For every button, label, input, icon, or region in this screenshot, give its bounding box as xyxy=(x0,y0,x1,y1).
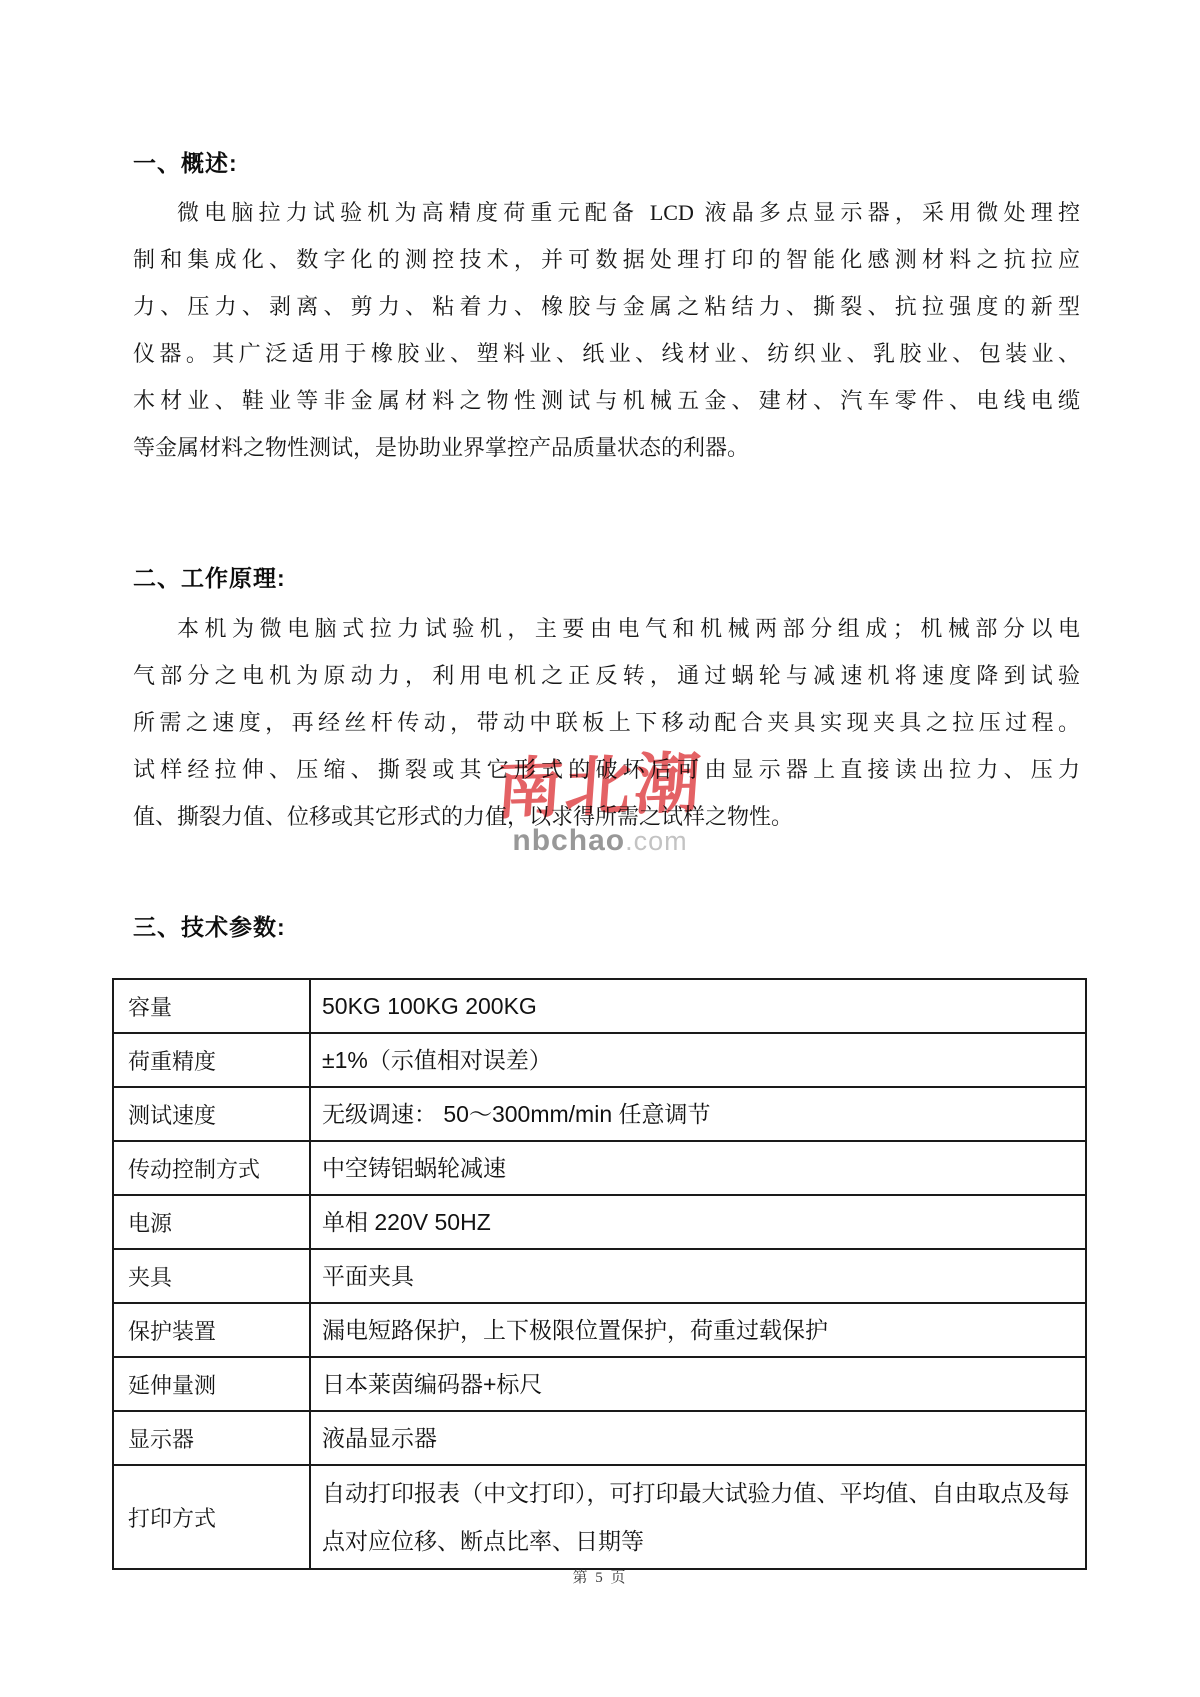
spec-table-row: 容量50KG 100KG 200KG xyxy=(113,979,1086,1033)
spec-parameter-label: 夹具 xyxy=(113,1249,310,1303)
spec-parameter-label: 传动控制方式 xyxy=(113,1141,310,1195)
spec-table-row: 测试速度无级调速： 50～300mm/min 任意调节 xyxy=(113,1087,1086,1141)
paragraph-line: 木材业、鞋业等非金属材料之物性测试与机械五金、建材、汽车零件、电线电缆 xyxy=(133,377,1080,424)
paragraph-line: 等金属材料之物性测试，是协助业界掌控产品质量状态的利器。 xyxy=(133,424,1080,471)
section-heading-overview: 一、概述: xyxy=(133,148,1080,178)
spec-table: 容量50KG 100KG 200KG荷重精度±1%（示值相对误差）测试速度无级调… xyxy=(112,978,1087,1570)
spec-table-row: 夹具平面夹具 xyxy=(113,1249,1086,1303)
section-heading-working-principle: 二、工作原理: xyxy=(133,563,1080,593)
document-page: 一、概述: 微电脑拉力试验机为高精度荷重元配备 LCD 液晶多点显示器，采用微处… xyxy=(0,0,1200,1697)
overview-paragraph: 微电脑拉力试验机为高精度荷重元配备 LCD 液晶多点显示器，采用微处理控制和集成… xyxy=(133,189,1080,471)
spec-parameter-value: 中空铸铝蜗轮减速 xyxy=(310,1141,1086,1195)
paragraph-line: 所需之速度，再经丝杆传动，带动中联板上下移动配合夹具实现夹具之拉压过程。 xyxy=(133,699,1080,746)
working-principle-paragraph: 本机为微电脑式拉力试验机，主要由电气和机械两部分组成；机械部分以电气部分之电机为… xyxy=(133,605,1080,840)
paragraph-line: 制和集成化、数字化的测控技术，并可数据处理打印的智能化感测材料之抗拉应 xyxy=(133,236,1080,283)
spec-parameter-label: 延伸量测 xyxy=(113,1357,310,1411)
spec-table-row: 传动控制方式中空铸铝蜗轮减速 xyxy=(113,1141,1086,1195)
spec-parameter-label: 测试速度 xyxy=(113,1087,310,1141)
spec-parameter-value: 单相 220V 50HZ xyxy=(310,1195,1086,1249)
spec-table-row: 荷重精度±1%（示值相对误差） xyxy=(113,1033,1086,1087)
spec-parameter-label: 显示器 xyxy=(113,1411,310,1465)
paragraph-line: 力、压力、剥离、剪力、粘着力、橡胶与金属之粘结力、撕裂、抗拉强度的新型 xyxy=(133,283,1080,330)
paragraph-line: 仪器。其广泛适用于橡胶业、塑料业、纸业、线材业、纺织业、乳胶业、包装业、 xyxy=(133,330,1080,377)
spec-parameter-label: 打印方式 xyxy=(113,1465,310,1569)
spec-parameter-value: 日本莱茵编码器+标尺 xyxy=(310,1357,1086,1411)
spec-parameter-value: 液晶显示器 xyxy=(310,1411,1086,1465)
spec-parameter-label: 电源 xyxy=(113,1195,310,1249)
spec-parameter-value: 漏电短路保护，上下极限位置保护，荷重过载保护 xyxy=(310,1303,1086,1357)
spec-table-body: 容量50KG 100KG 200KG荷重精度±1%（示值相对误差）测试速度无级调… xyxy=(113,979,1086,1569)
spec-table-row: 电源单相 220V 50HZ xyxy=(113,1195,1086,1249)
spec-parameter-label: 保护装置 xyxy=(113,1303,310,1357)
paragraph-line: 本机为微电脑式拉力试验机，主要由电气和机械两部分组成；机械部分以电 xyxy=(133,605,1080,652)
spec-parameter-value: 无级调速： 50～300mm/min 任意调节 xyxy=(310,1087,1086,1141)
paragraph-line: 微电脑拉力试验机为高精度荷重元配备 LCD 液晶多点显示器，采用微处理控 xyxy=(133,189,1080,236)
spec-table-row: 保护装置漏电短路保护，上下极限位置保护，荷重过载保护 xyxy=(113,1303,1086,1357)
spec-parameter-value: ±1%（示值相对误差） xyxy=(310,1033,1086,1087)
spec-parameter-label: 荷重精度 xyxy=(113,1033,310,1087)
page-number-label: 第 5 页 xyxy=(572,1570,627,1586)
spec-parameter-value: 自动打印报表（中文打印），可打印最大试验力值、平均值、自由取点及每点对应位移、断… xyxy=(310,1465,1086,1569)
paragraph-line: 气部分之电机为原动力，利用电机之正反转，通过蜗轮与减速机将速度降到试验 xyxy=(133,652,1080,699)
spec-table-row: 延伸量测日本莱茵编码器+标尺 xyxy=(113,1357,1086,1411)
paragraph-line: 值、撕裂力值、位移或其它形式的力值，以求得所需之试样之物性。 xyxy=(133,793,1080,840)
spec-table-row: 显示器液晶显示器 xyxy=(113,1411,1086,1465)
spec-parameter-label: 容量 xyxy=(113,979,310,1033)
paragraph-line: 试样经拉伸、压缩、撕裂或其它形式的破坏后可由显示器上直接读出拉力、压力 xyxy=(133,746,1080,793)
spec-table-row: 打印方式自动打印报表（中文打印），可打印最大试验力值、平均值、自由取点及每点对应… xyxy=(113,1465,1086,1569)
spec-parameter-value: 50KG 100KG 200KG xyxy=(310,979,1086,1033)
section-heading-technical-parameters: 三、技术参数: xyxy=(133,912,1080,942)
spec-parameter-value: 平面夹具 xyxy=(310,1249,1086,1303)
page-footer: 第 5 页 xyxy=(0,1566,1200,1587)
